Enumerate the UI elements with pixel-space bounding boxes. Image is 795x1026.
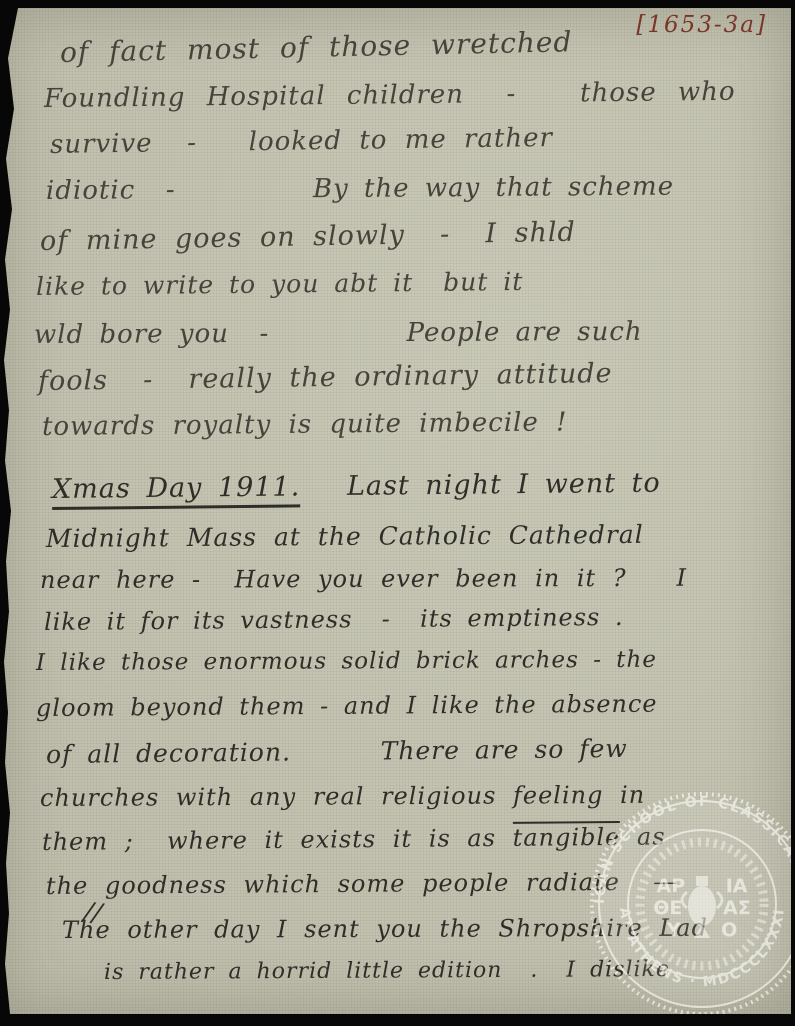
- handwritten-line: like to write to you abt it but it: [36, 267, 524, 301]
- handwritten-line: the goodness which some people radiate —: [46, 868, 678, 900]
- underlined-date: Xmas Day 1911.: [52, 471, 301, 510]
- handwritten-line: towards royalty is quite imbecile !: [42, 407, 568, 442]
- handwritten-line: of all decoration. There are so few: [46, 734, 628, 769]
- insertion-mark: //: [82, 897, 104, 929]
- handwritten-line: The other day I sent you the Shropshire …: [62, 914, 708, 944]
- handwritten-line: them ; where it exists it is as tangible…: [42, 823, 666, 856]
- letter-page: [1653-3a] of fact most of those wretched…: [0, 8, 791, 1014]
- handwritten-line: near here - Have you ever been in it ? I: [40, 564, 687, 594]
- handwritten-line: of fact most of those wretched: [60, 25, 573, 69]
- overlined-word: tangible: [512, 821, 620, 852]
- handwritten-line: is rather a horrid little edition . I di…: [104, 957, 670, 985]
- handwritten-line: of mine goes on slowly - I shld: [40, 217, 576, 257]
- handwritten-line: like it for its vastness - its emptiness…: [44, 603, 624, 636]
- handwritten-line-date: Xmas Day 1911. Last night I went to: [52, 468, 661, 505]
- handwritten-line: fools - really the ordinary attitude: [38, 358, 613, 397]
- catalog-number: [1653-3a]: [636, 12, 767, 38]
- handwritten-line: survive - looked to me rather: [50, 123, 553, 160]
- handwritten-line: I like those enormous solid brick arches…: [36, 647, 657, 676]
- seal-inner-ring: [628, 830, 776, 978]
- handwritten-line: idiotic - By the way that scheme: [46, 172, 674, 206]
- seal-laurel-wreath: [640, 842, 764, 966]
- handwritten-line: gloom beyond them - and I like the absen…: [36, 690, 658, 722]
- handwritten-line: wld bore you - People are such: [34, 317, 643, 350]
- handwritten-line: Midnight Mass at the Catholic Cathedral: [46, 520, 644, 553]
- scanned-letter-photo: [1653-3a] of fact most of those wretched…: [0, 0, 795, 1026]
- handwritten-line: churches with any real religious feeling…: [40, 781, 645, 812]
- handwritten-line: Foundling Hospital children - those who: [44, 77, 736, 114]
